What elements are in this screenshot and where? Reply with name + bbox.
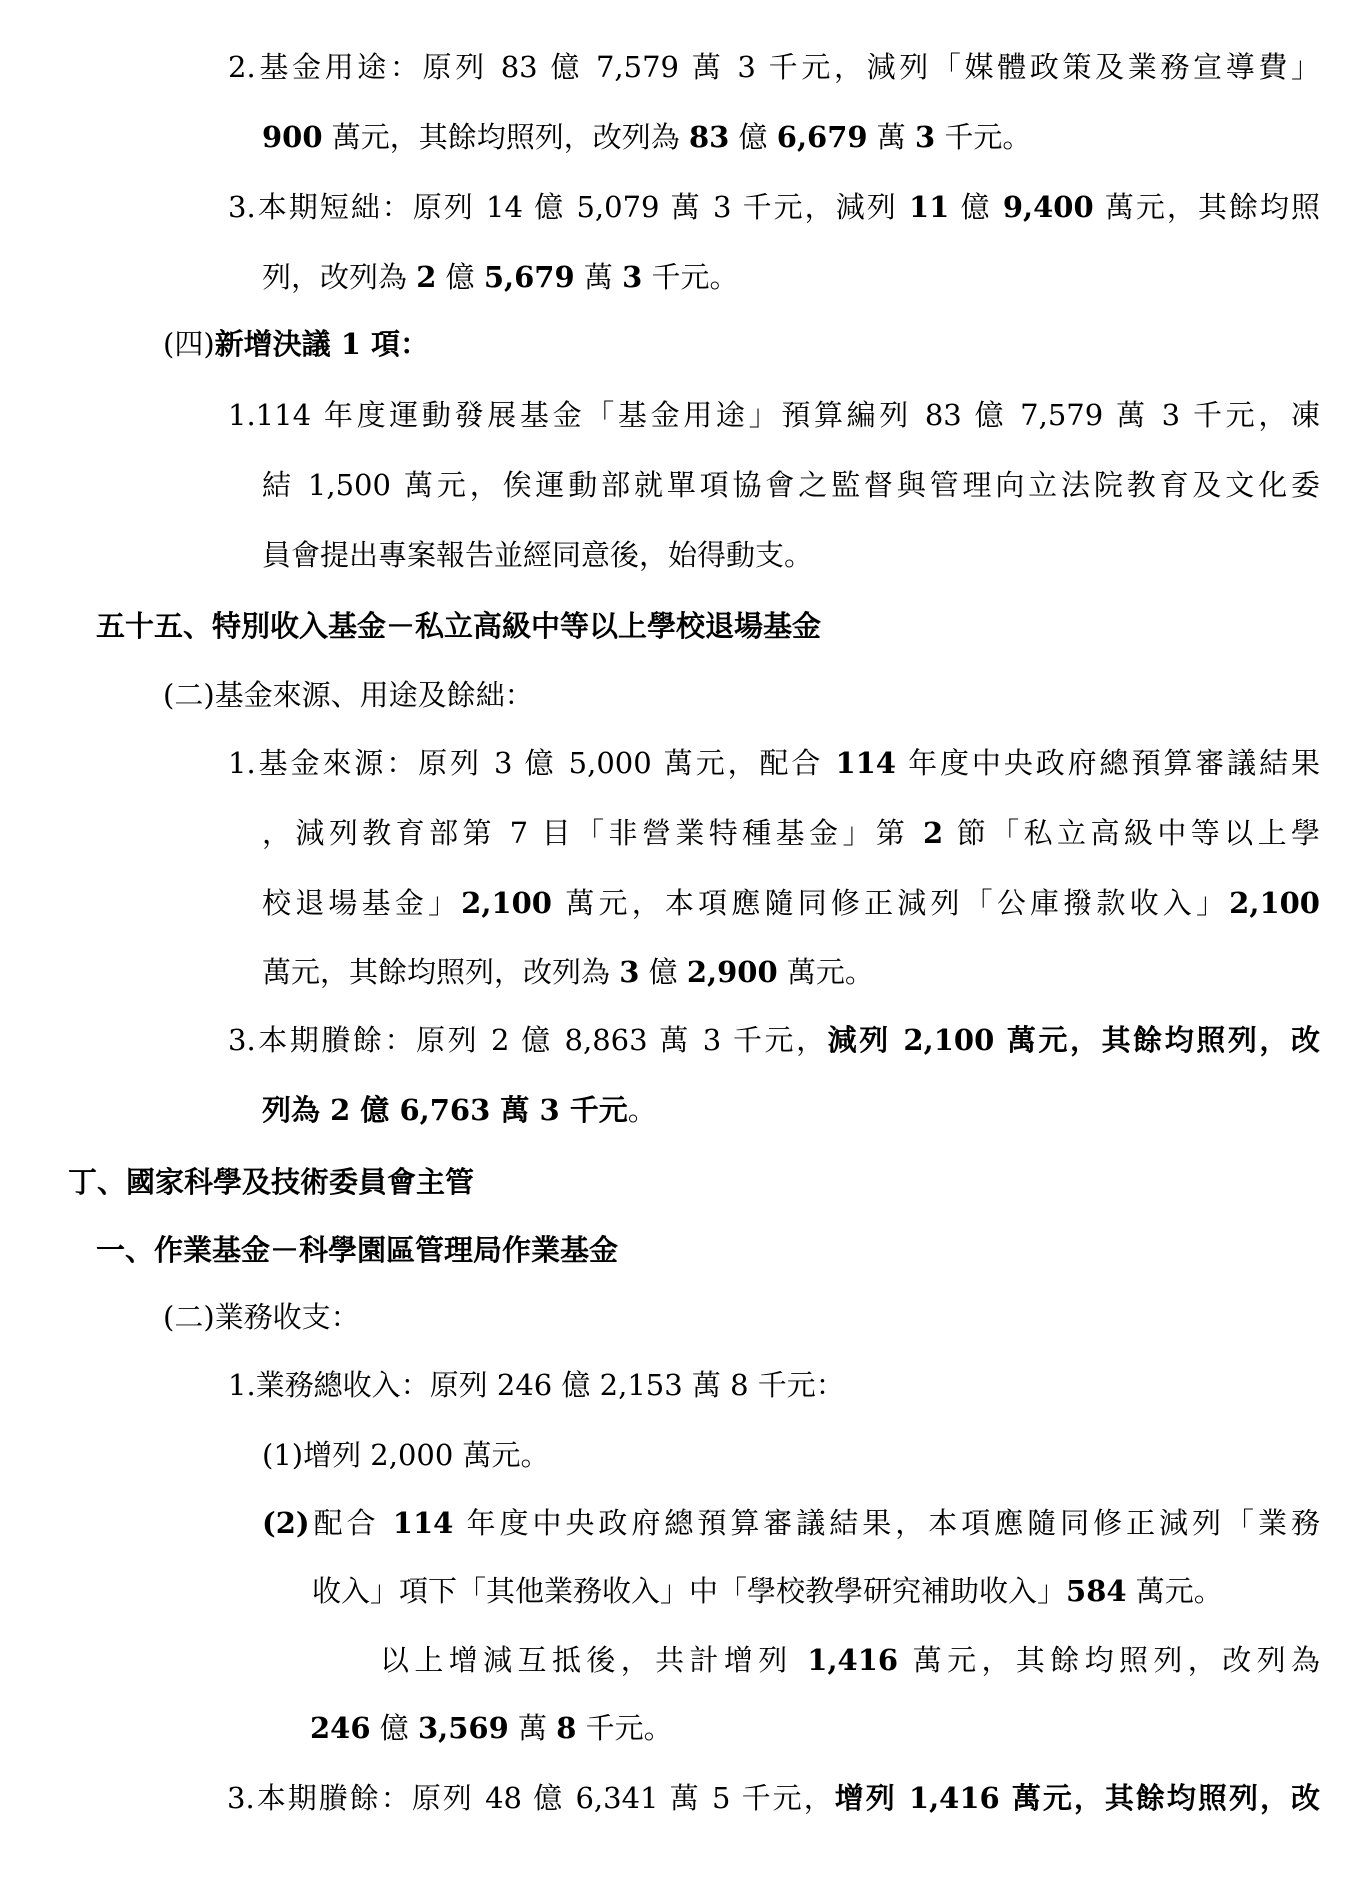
bold-text-run: 丁、國家科學及技術委員會主管 (68, 1165, 474, 1199)
section-heading: 五十五、特別收入基金－私立高級中等以上學校退場基金 (96, 606, 821, 646)
text-run: 1.業務總收入：原列 246 億 2,153 萬 8 千元： (228, 1368, 845, 1402)
text-run: 億 (949, 190, 1003, 224)
bold-text-run: 5,679 (484, 260, 575, 294)
document-page: 2.基金用途：原列 83 億 7,579 萬 3 千元，減列「媒體政策及業務宣導… (0, 0, 1369, 1884)
text-line: 列，改列為 2 億 5,679 萬 3 千元。 (262, 257, 739, 297)
bold-text-run: 8 (556, 1711, 576, 1745)
bold-text-run: 2,100 (461, 886, 552, 920)
text-line: 2.基金用途：原列 83 億 7,579 萬 3 千元，減列「媒體政策及業務宣導… (228, 47, 1320, 87)
text-run: 千元。 (576, 1711, 672, 1745)
text-run: 結 1,500 萬元，俟運動部就單項協會之監督與管理向立法院教育及文化委 (262, 468, 1320, 502)
text-run: 億 (729, 120, 776, 154)
bold-text-run: 2,100 (1229, 886, 1320, 920)
text-run: 萬 (575, 260, 622, 294)
text-line: ，減列教育部第 7 目「非營業特種基金」第 2 節「私立高級中等以上學 (262, 813, 1320, 853)
text-line: (二)業務收支： (163, 1297, 360, 1337)
bold-text-run: 900 (262, 120, 323, 154)
text-line: 900 萬元，其餘均照列，改列為 83 億 6,679 萬 3 千元。 (262, 117, 1031, 157)
bold-text-run: 2 (923, 816, 943, 850)
text-line: 校退場基金」2,100 萬元，本項應隨同修正減列「公庫撥款收入」2,100 (262, 883, 1320, 923)
text-run: 以上增減互抵後，共計增列 (380, 1643, 807, 1677)
text-run: 1.114 年度運動發展基金「基金用途」預算編列 83 億 7,579 萬 3 … (228, 398, 1320, 432)
text-run: 年度中央政府總預算審議結果，本項應隨同修正減列「業務 (453, 1506, 1320, 1540)
text-run: 萬元，本項應隨同修正減列「公庫撥款收入」 (552, 886, 1229, 920)
text-line: (1)增列 2,000 萬元。 (262, 1435, 550, 1475)
bold-text-run: 11 (909, 190, 949, 224)
text-run: 萬元，其餘均照列，改列為 (323, 120, 689, 154)
text-run: 3.本期賸餘：原列 2 億 8,863 萬 3 千元， (228, 1023, 828, 1057)
bold-text-run: 9,400 (1003, 190, 1094, 224)
bold-text-run: 114 (835, 746, 896, 780)
text-run: 收入」項下「其他業務收入」中「學校教學研究補助收入」 (312, 1574, 1066, 1608)
text-line: (二)基金來源、用途及餘絀： (163, 675, 534, 715)
text-run: 萬 (509, 1711, 556, 1745)
bold-text-run: 246 (310, 1711, 371, 1745)
text-line: 1.114 年度運動發展基金「基金用途」預算編列 83 億 7,579 萬 3 … (228, 395, 1320, 435)
text-run: (二)業務收支： (163, 1300, 360, 1334)
text-line: 列為 2 億 6,763 萬 3 千元。 (262, 1090, 657, 1130)
bold-text-run: 584 (1066, 1574, 1127, 1608)
bold-text-run: 增列 1,416 萬元，其餘均照列，改 (835, 1781, 1320, 1815)
text-run: (四) (163, 327, 215, 361)
text-run: 年度中央政府總預算審議結果 (896, 746, 1320, 780)
text-run: (1)增列 2,000 萬元。 (262, 1438, 550, 1472)
text-run: 列，改列為 (262, 260, 416, 294)
section-heading: 一、作業基金－科學園區管理局作業基金 (96, 1230, 618, 1270)
text-run: 3.本期賸餘：原列 48 億 6,341 萬 5 千元， (227, 1781, 835, 1815)
text-run: 萬 (868, 120, 915, 154)
text-run: 2.基金用途：原列 83 億 7,579 萬 3 千元，減列「媒體政策及業務宣導… (228, 50, 1320, 84)
bold-text-run: 2 (416, 260, 436, 294)
bold-text-run: 列為 2 億 6,763 萬 3 千元 (262, 1093, 628, 1127)
bold-text-run: 83 (689, 120, 729, 154)
text-run: (二)基金來源、用途及餘絀： (163, 678, 534, 712)
text-run: 萬元，其餘均照列，改列為 (262, 955, 619, 989)
text-line: 員會提出專案報告並經同意後，始得動支。 (262, 535, 813, 575)
bold-text-run: 3,569 (418, 1711, 509, 1745)
bold-text-run: 6,679 (777, 120, 868, 154)
text-run: 億 (639, 955, 686, 989)
text-run: 億 (371, 1711, 418, 1745)
text-line: (2)配合 114 年度中央政府總預算審議結果，本項應隨同修正減列「業務 (262, 1503, 1320, 1543)
text-line: 3.本期賸餘：原列 48 億 6,341 萬 5 千元，增列 1,416 萬元，… (227, 1778, 1320, 1818)
text-run: 3.本期短絀：原列 14 億 5,079 萬 3 千元，減列 (228, 190, 909, 224)
text-line: 以上增減互抵後，共計增列 1,416 萬元，其餘均照列，改列為 (380, 1640, 1320, 1680)
text-line: (四)新增決議 1 項： (163, 324, 429, 364)
text-line: 結 1,500 萬元，俟運動部就單項協會之監督與管理向立法院教育及文化委 (262, 465, 1320, 505)
text-run: 配合 (310, 1506, 393, 1540)
text-run: 億 (436, 260, 483, 294)
text-run: 。 (628, 1093, 657, 1127)
text-line: 1.業務總收入：原列 246 億 2,153 萬 8 千元： (228, 1365, 845, 1405)
bold-text-run: (2) (262, 1506, 310, 1540)
bold-text-run: 3 (915, 120, 935, 154)
bold-text-run: 3 (619, 955, 639, 989)
text-run: 萬元。 (1127, 1574, 1223, 1608)
text-run: ，減列教育部第 7 目「非營業特種基金」第 (262, 816, 923, 850)
bold-text-run: 一、作業基金－科學園區管理局作業基金 (96, 1233, 618, 1267)
text-run: 1.基金來源：原列 3 億 5,000 萬元，配合 (228, 746, 835, 780)
text-run: 員會提出專案報告並經同意後，始得動支。 (262, 538, 813, 572)
text-run: 萬元，其餘均照 (1094, 190, 1320, 224)
bold-text-run: 3 (622, 260, 642, 294)
section-heading: 丁、國家科學及技術委員會主管 (68, 1162, 474, 1202)
bold-text-run: 新增決議 1 項： (215, 327, 429, 361)
text-line: 萬元，其餘均照列，改列為 3 億 2,900 萬元。 (262, 952, 874, 992)
bold-text-run: 減列 2,100 萬元，其餘均照列，改 (828, 1023, 1320, 1057)
bold-text-run: 五十五、特別收入基金－私立高級中等以上學校退場基金 (96, 609, 821, 643)
text-line: 收入」項下「其他業務收入」中「學校教學研究補助收入」584 萬元。 (312, 1571, 1223, 1611)
text-run: 節「私立高級中等以上學 (943, 816, 1320, 850)
text-run: 千元。 (642, 260, 738, 294)
text-run: 萬元。 (778, 955, 874, 989)
text-run: 校退場基金」 (262, 886, 461, 920)
bold-text-run: 114 (393, 1506, 454, 1540)
text-line: 1.基金來源：原列 3 億 5,000 萬元，配合 114 年度中央政府總預算審… (228, 743, 1320, 783)
text-run: 千元。 (935, 120, 1031, 154)
bold-text-run: 1,416 (807, 1643, 898, 1677)
text-line: 246 億 3,569 萬 8 千元。 (310, 1708, 673, 1748)
text-line: 3.本期短絀：原列 14 億 5,079 萬 3 千元，減列 11 億 9,40… (228, 187, 1320, 227)
text-run: 萬元，其餘均照列，改列為 (898, 1643, 1320, 1677)
bold-text-run: 2,900 (687, 955, 778, 989)
text-line: 3.本期賸餘：原列 2 億 8,863 萬 3 千元，減列 2,100 萬元，其… (228, 1020, 1320, 1060)
